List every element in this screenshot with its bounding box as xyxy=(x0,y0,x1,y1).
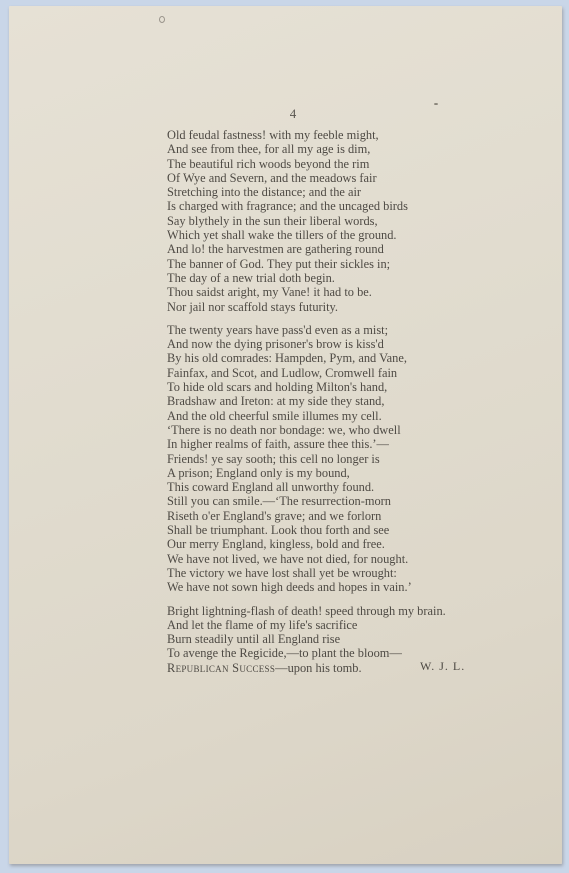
final-line-rest: —upon his tomb. xyxy=(275,661,361,675)
poem-line: Friends! ye say sooth; this cell no long… xyxy=(167,452,446,466)
poem-line: We have not sown high deeds and hopes in… xyxy=(167,580,446,594)
poem-line: Riseth o'er England's grave; and we forl… xyxy=(167,509,446,523)
poem-line: The victory we have lost shall yet be wr… xyxy=(167,566,446,580)
author-signature: W. J. L. xyxy=(420,659,465,674)
document-page: 4 Old feudal fastness! with my feeble mi… xyxy=(9,6,562,864)
poem-line: Still you can smile.—‘The resurrection-m… xyxy=(167,494,446,508)
poem-line: Shall be triumphant. Look thou forth and… xyxy=(167,523,446,537)
poem-line: By his old comrades: Hampden, Pym, and V… xyxy=(167,351,446,365)
poem-line: Thou saidst aright, my Vane! it had to b… xyxy=(167,285,446,299)
poem-line: Burn steadily until all England rise xyxy=(167,632,446,646)
poem-line: We have not lived, we have not died, for… xyxy=(167,552,446,566)
poem-line: The banner of God. They put their sickle… xyxy=(167,257,446,271)
poem-line-final: Republican Success—upon his tomb. xyxy=(167,661,446,675)
poem-line: Stretching into the distance; and the ai… xyxy=(167,185,446,199)
poem-line: A prison; England only is my bound, xyxy=(167,466,446,480)
poem-line: To avenge the Regicide,—to plant the blo… xyxy=(167,646,446,660)
poem-line: In higher realms of faith, assure thee t… xyxy=(167,437,446,451)
poem-line: And now the dying prisoner's brow is kis… xyxy=(167,337,446,351)
poem-line: Fainfax, and Scot, and Ludlow, Cromwell … xyxy=(167,366,446,380)
stanza-1: Old feudal fastness! with my feeble migh… xyxy=(167,128,446,314)
poem-line: Of Wye and Severn, and the meadows fair xyxy=(167,171,446,185)
poem-line: And let the flame of my life's sacrifice xyxy=(167,618,446,632)
poem-line: The twenty years have pass'd even as a m… xyxy=(167,323,446,337)
republican-success-text: Republican Success xyxy=(167,661,275,675)
poem-line: And see from thee, for all my age is dim… xyxy=(167,142,446,156)
stanza-3: Bright lightning-flash of death! speed t… xyxy=(167,604,446,675)
poem-line: ‘There is no death nor bondage: we, who … xyxy=(167,423,446,437)
paper-speck xyxy=(434,103,438,105)
stanza-2: The twenty years have pass'd even as a m… xyxy=(167,323,446,595)
poem-line: Our merry England, kingless, bold and fr… xyxy=(167,537,446,551)
poem-line: The day of a new trial doth begin. xyxy=(167,271,446,285)
poem-line: The beautiful rich woods beyond the rim xyxy=(167,157,446,171)
poem-line: To hide old scars and holding Milton's h… xyxy=(167,380,446,394)
poem-line: Is charged with fragrance; and the uncag… xyxy=(167,199,446,213)
poem-line: Bradshaw and Ireton: at my side they sta… xyxy=(167,394,446,408)
poem-body: Old feudal fastness! with my feeble migh… xyxy=(167,128,446,684)
poem-line: Nor jail nor scaffold stays futurity. xyxy=(167,300,446,314)
poem-line: Old feudal fastness! with my feeble migh… xyxy=(167,128,446,142)
poem-line: This coward England all unworthy found. xyxy=(167,480,446,494)
poem-line: And lo! the harvestmen are gathering rou… xyxy=(167,242,446,256)
pin-hole-mark xyxy=(159,16,165,23)
page-number: 4 xyxy=(287,106,299,122)
poem-line: Which yet shall wake the tillers of the … xyxy=(167,228,446,242)
poem-line: Say blythely in the sun their liberal wo… xyxy=(167,214,446,228)
poem-line: Bright lightning-flash of death! speed t… xyxy=(167,604,446,618)
poem-line: And the old cheerful smile illumes my ce… xyxy=(167,409,446,423)
